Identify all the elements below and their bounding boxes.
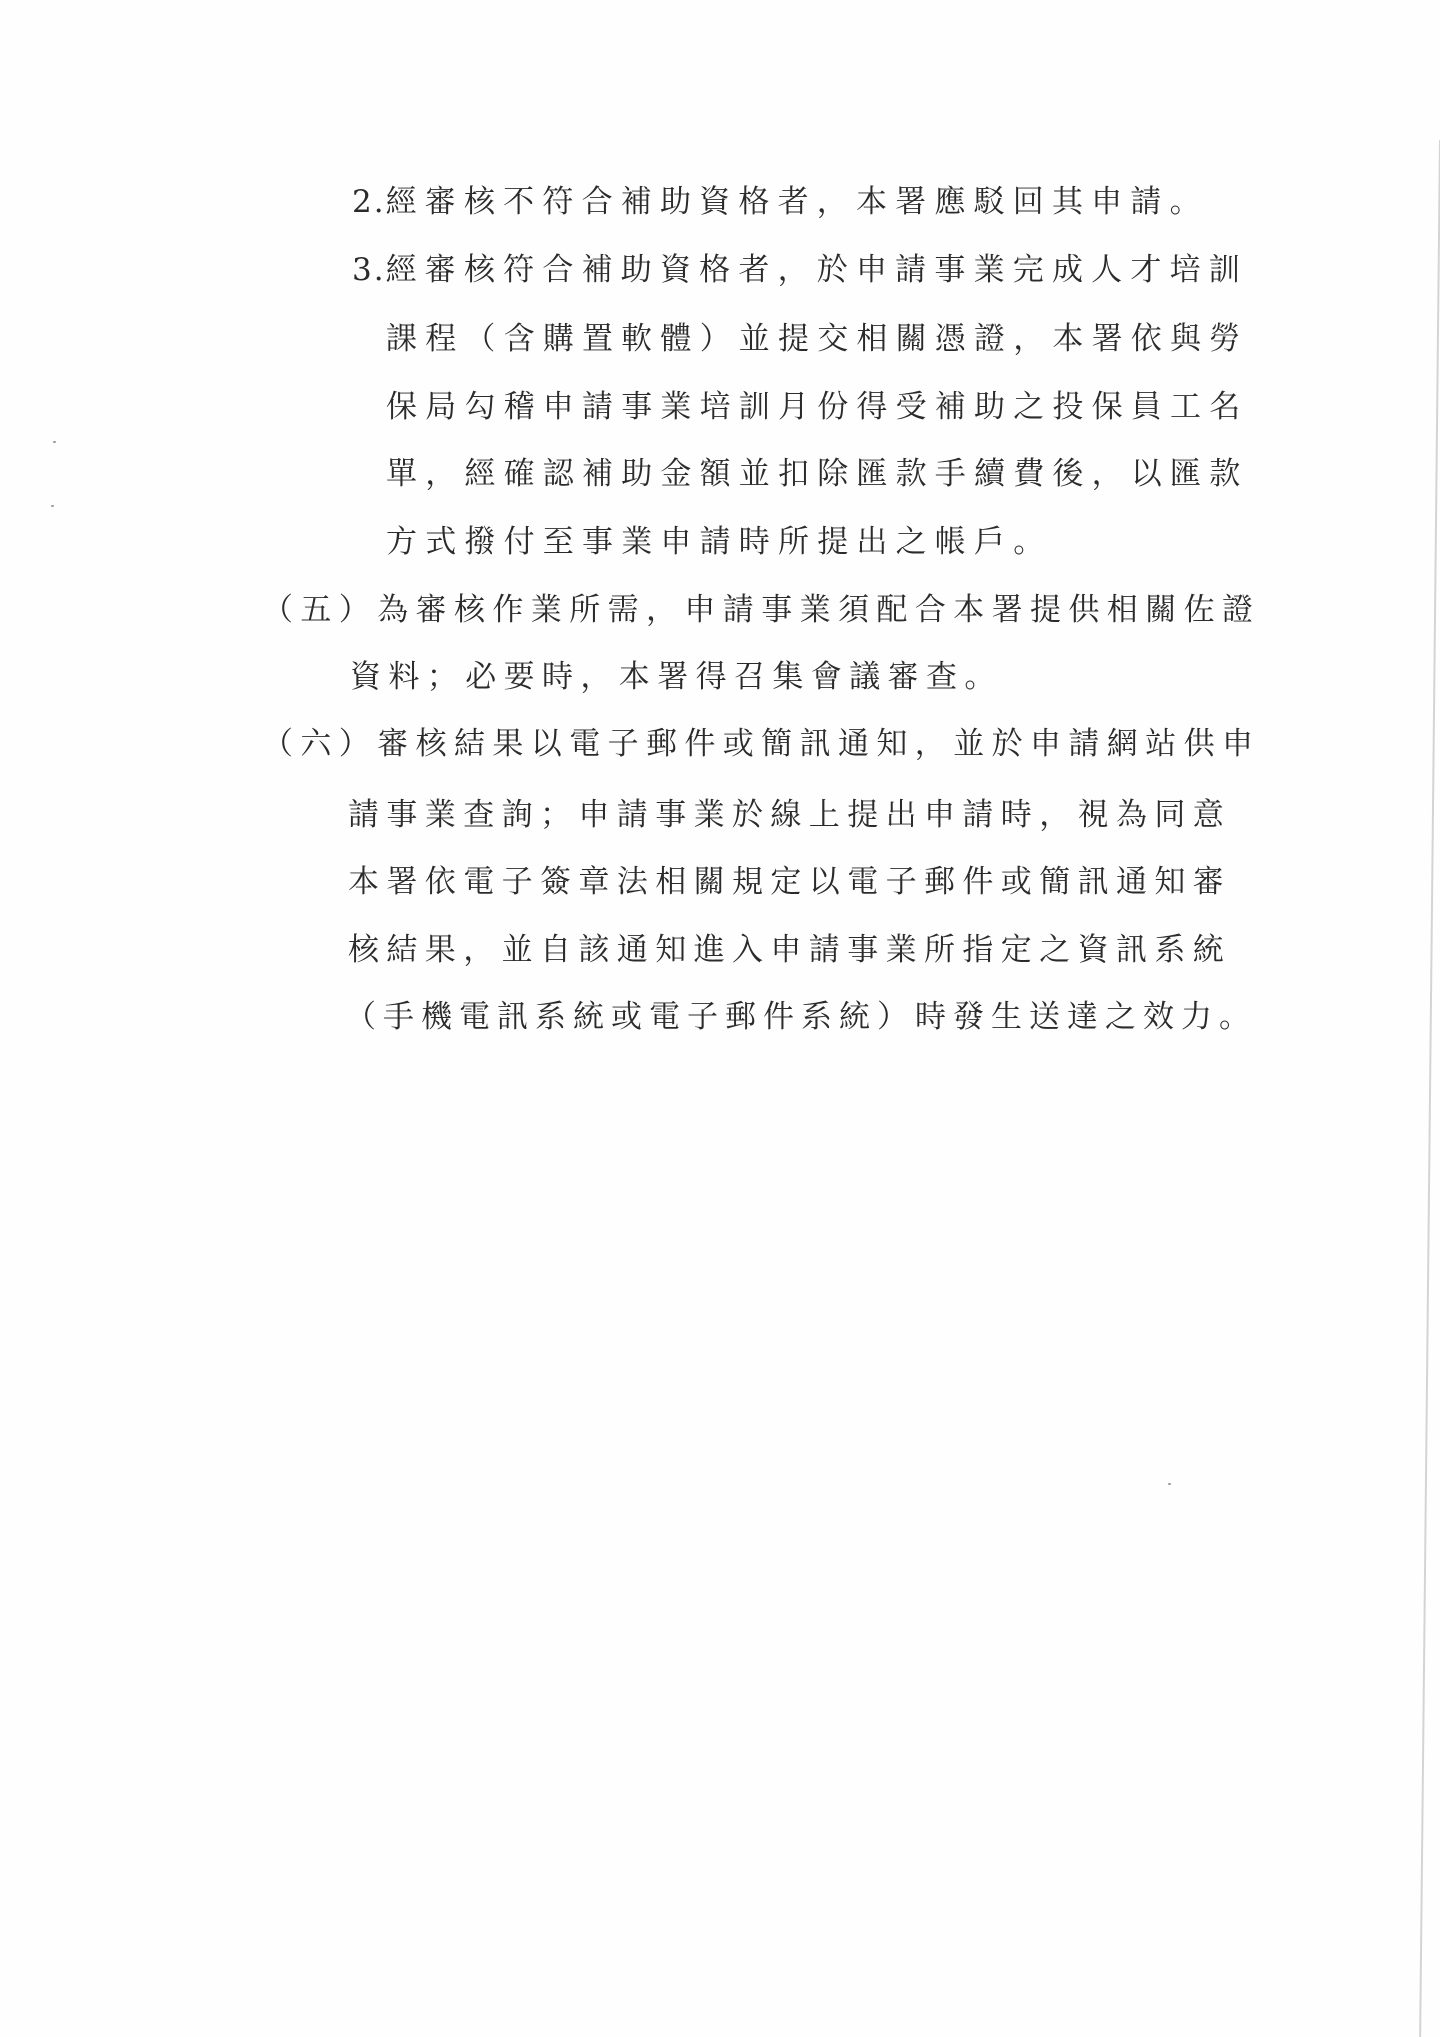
item-6-line-1: （六）審核結果以電子郵件或簡訊通知，並於申請網站供申 <box>262 726 1260 762</box>
item-5-text-2: 資料；必要時，本署得召集會議審查。 <box>350 659 1003 695</box>
item-5-marker: （五） <box>262 592 377 628</box>
item-3-marker: 3. <box>352 252 386 288</box>
item-3-text-1: 經審核符合補助資格者，於申請事業完成人才培訓 <box>386 252 1248 288</box>
item-5-line-1: （五）為審核作業所需，申請事業須配合本署提供相關佐證 <box>262 592 1260 628</box>
item-5-text-1: 為審核作業所需，申請事業須配合本署提供相關佐證 <box>377 592 1260 628</box>
item-3-line-4: 單，經確認補助金額並扣除匯款手續費後，以匯款 <box>386 456 1248 492</box>
scan-speck <box>51 505 54 507</box>
item-3-line-3: 保局勾稽申請事業培訓月份得受補助之投保員工名 <box>386 389 1248 425</box>
scan-speck <box>53 441 56 443</box>
scan-edge-line <box>1419 140 1440 2037</box>
item-2-text: 經審核不符合補助資格者，本署應駁回其申請。 <box>386 184 1209 220</box>
item-6-text-2: 請事業查詢；申請事業於線上提出申請時，視為同意 <box>348 797 1231 833</box>
item-6-line-5: （手機電訊系統或電子郵件系統）時發生送達之效力。 <box>345 999 1257 1035</box>
item-3-line-2: 課程（含購置軟體）並提交相關憑證，本署依與勞 <box>386 321 1248 357</box>
item-3-text-5: 方式撥付至事業申請時所提出之帳戶。 <box>386 524 1052 560</box>
item-2-marker: 2. <box>352 184 386 220</box>
item-3-line-1: 3.經審核符合補助資格者，於申請事業完成人才培訓 <box>352 252 1248 288</box>
item-3-line-5: 方式撥付至事業申請時所提出之帳戶。 <box>386 524 1052 560</box>
item-6-line-4: 核結果，並自該通知進入申請事業所指定之資訊系統 <box>348 932 1231 968</box>
item-6-text-3: 本署依電子簽章法相關規定以電子郵件或簡訊通知審 <box>348 864 1231 900</box>
item-5-line-2: 資料；必要時，本署得召集會議審查。 <box>350 659 1003 695</box>
item-2-line-1: 2.經審核不符合補助資格者，本署應駁回其申請。 <box>352 184 1209 220</box>
scanned-document-page: 2.經審核不符合補助資格者，本署應駁回其申請。 3.經審核符合補助資格者，於申請… <box>0 0 1440 2037</box>
item-6-marker: （六） <box>262 726 377 762</box>
scan-speck <box>1168 1483 1171 1485</box>
item-3-text-3: 保局勾稽申請事業培訓月份得受補助之投保員工名 <box>386 389 1248 425</box>
item-6-text-4: 核結果，並自該通知進入申請事業所指定之資訊系統 <box>348 932 1231 968</box>
item-3-text-2: 課程（含購置軟體）並提交相關憑證，本署依與勞 <box>386 321 1248 357</box>
item-6-text-1: 審核結果以電子郵件或簡訊通知，並於申請網站供申 <box>377 726 1260 762</box>
item-6-text-5: （手機電訊系統或電子郵件系統）時發生送達之效力。 <box>345 999 1257 1035</box>
item-6-line-2: 請事業查詢；申請事業於線上提出申請時，視為同意 <box>348 797 1231 833</box>
item-3-text-4: 單，經確認補助金額並扣除匯款手續費後，以匯款 <box>386 456 1248 492</box>
item-6-line-3: 本署依電子簽章法相關規定以電子郵件或簡訊通知審 <box>348 864 1231 900</box>
